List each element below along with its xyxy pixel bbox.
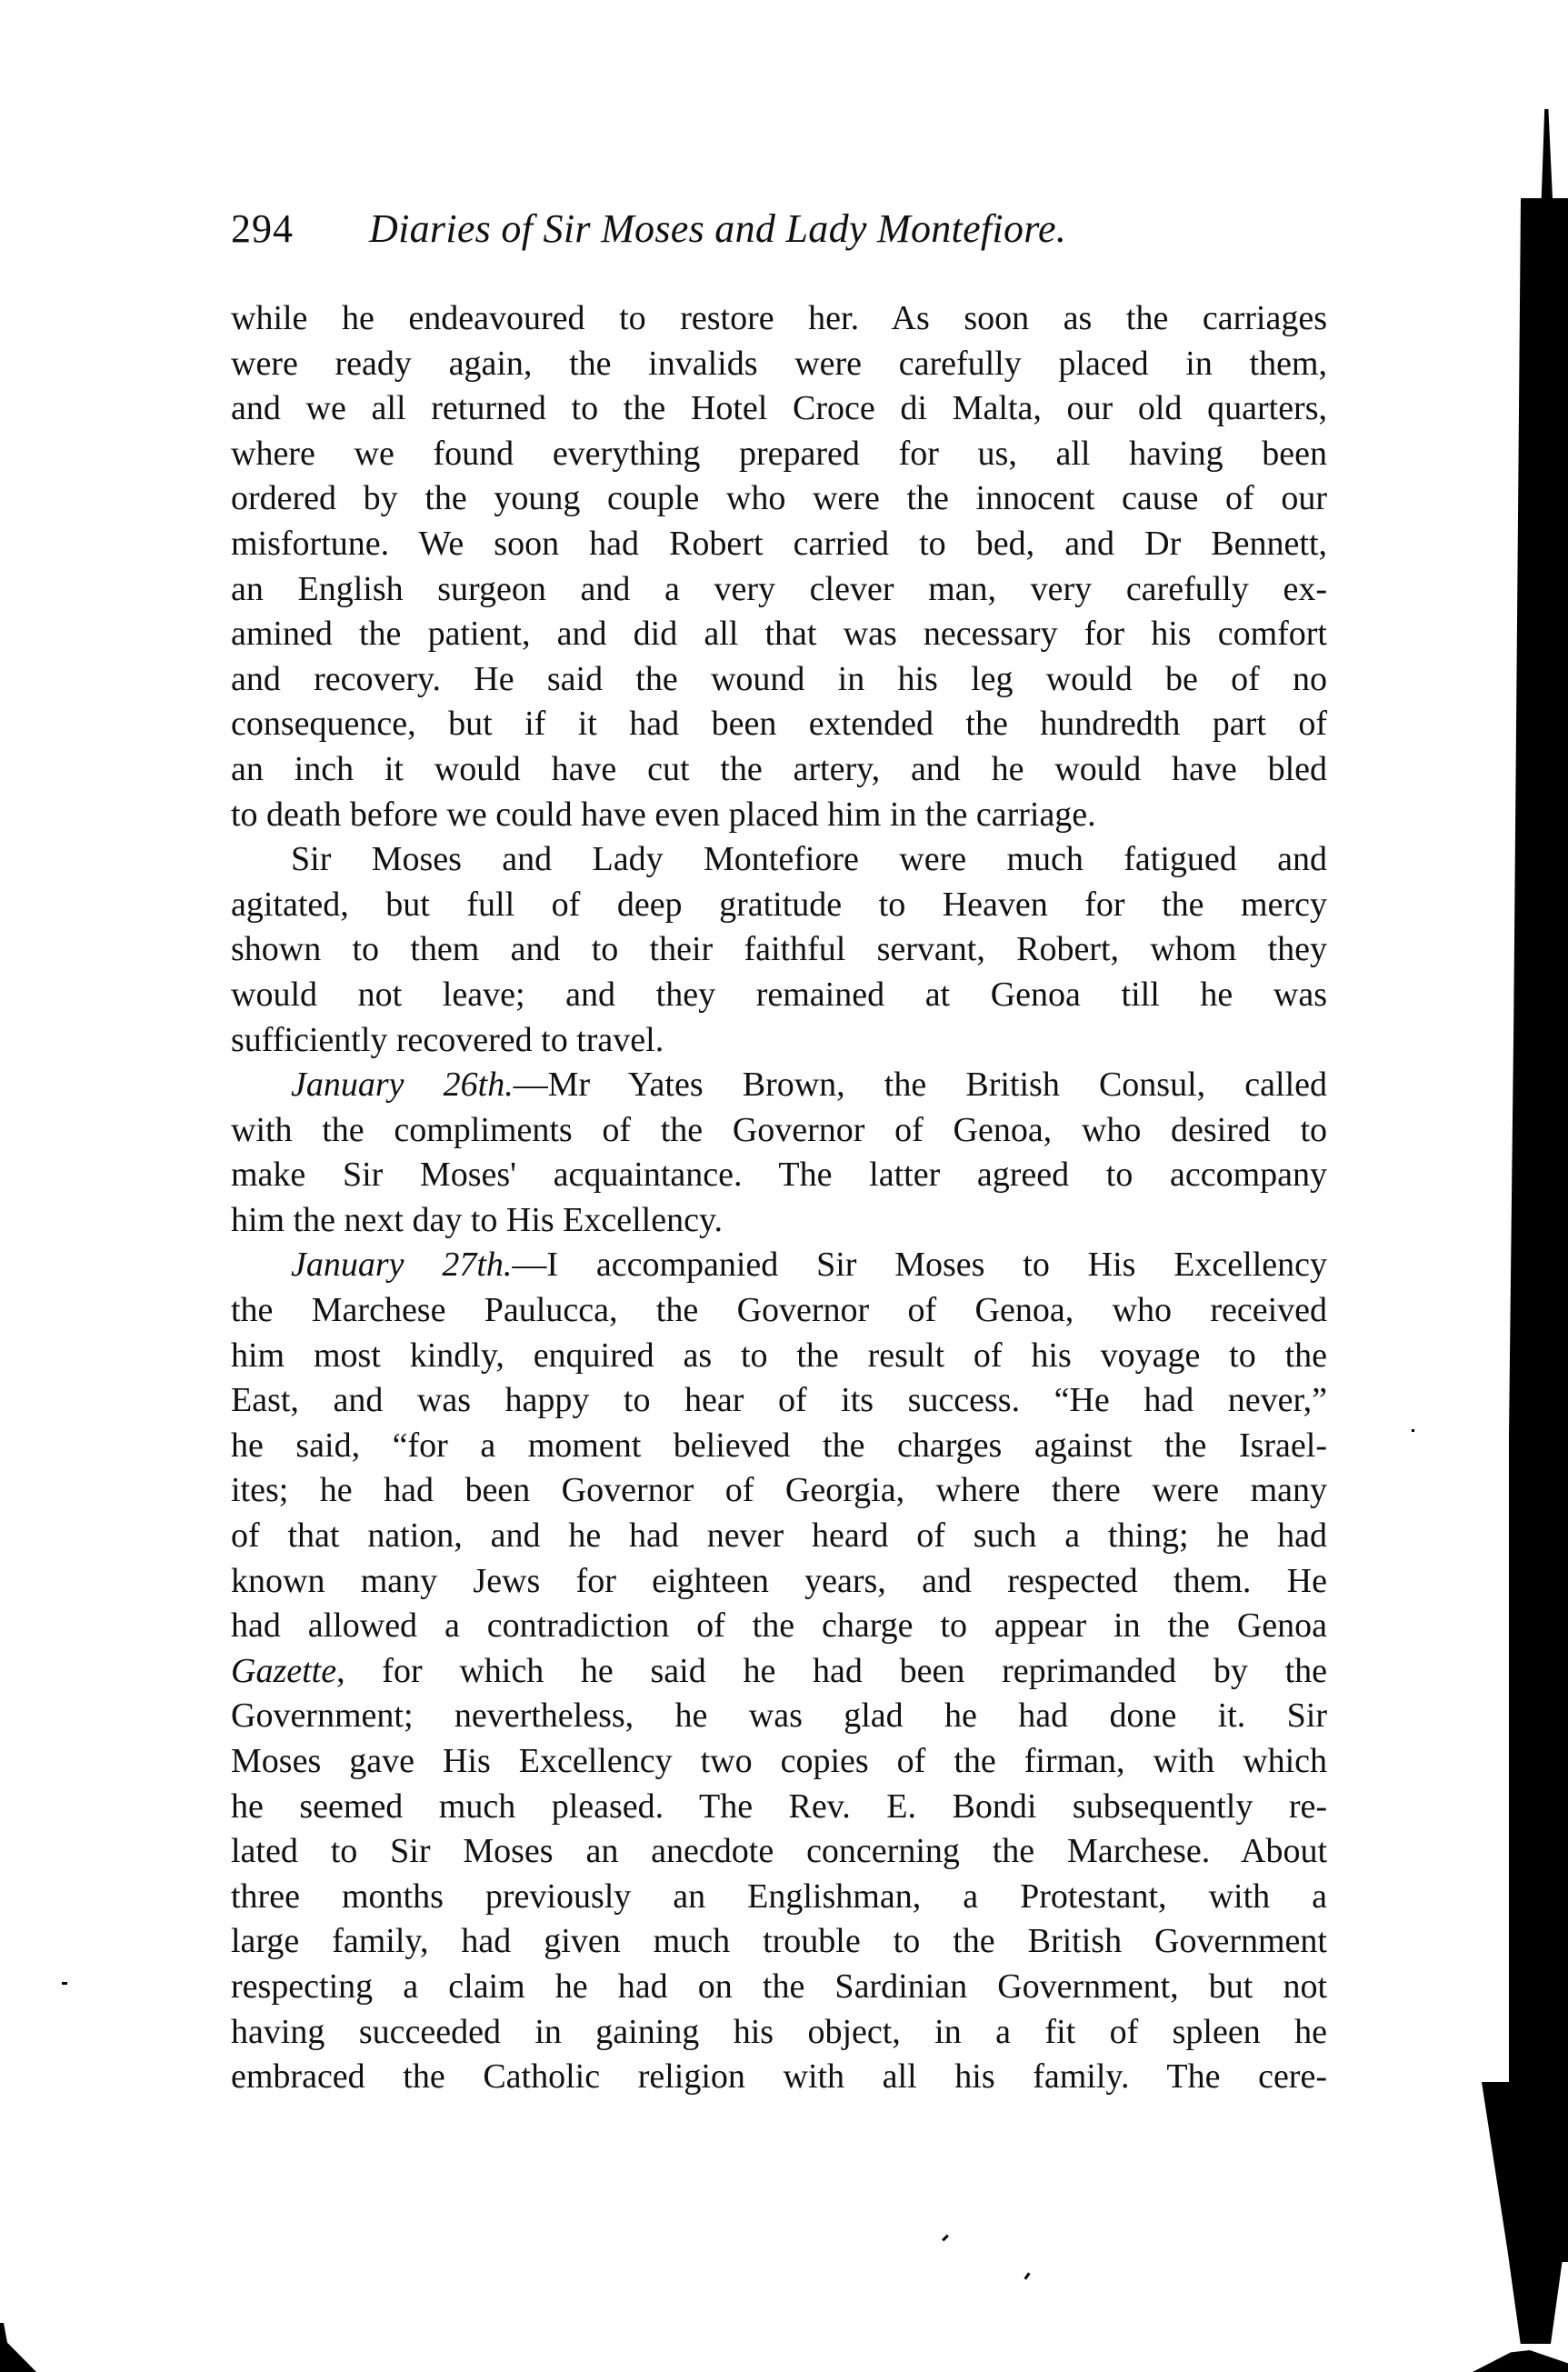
text-line: ordered by the young couple who were the…: [231, 476, 1327, 522]
text-line: had allowed a contradiction of the charg…: [231, 1604, 1327, 1649]
text-line: while he endeavoured to restore her. As …: [231, 296, 1327, 342]
text-line: lated to Sir Moses an anecdote concernin…: [231, 1829, 1327, 1875]
text-line: Government; nevertheless, he was glad he…: [231, 1694, 1327, 1739]
running-title: Diaries of Sir Moses and Lady Montefiore…: [369, 202, 1066, 256]
text-line: were ready again, the invalids were care…: [231, 342, 1327, 387]
page-number: 294: [231, 202, 294, 256]
text-line: an inch it would have cut the artery, an…: [231, 747, 1327, 793]
text-line: consequence, but if it had been extended…: [231, 702, 1327, 747]
diary-entry-jan-27: January 27th.—I accompanied Sir Moses to…: [231, 1243, 1327, 1288]
text-line: him most kindly, enquired as to the resu…: [231, 1334, 1327, 1379]
body-text: while he endeavoured to restore her. As …: [231, 296, 1327, 2100]
entry-date: January 26th.: [291, 1066, 514, 1104]
scan-binding-shadow-foot: [1482, 2082, 1568, 2372]
scan-binding-shadow-base: [1473, 2350, 1568, 2372]
diary-entry-jan-26: January 26th.—Mr Yates Brown, the Britis…: [231, 1063, 1327, 1108]
book-page: 294 Diaries of Sir Moses and Lady Montef…: [0, 0, 1568, 2372]
text-line: having succeeded in gaining his object, …: [231, 2010, 1327, 2056]
text-line: to death before we could have even place…: [231, 793, 1327, 838]
text-line: where we found everything prepared for u…: [231, 432, 1327, 477]
text-line: amined the patient, and did all that was…: [231, 612, 1327, 657]
scan-corner-shadow: [0, 2323, 36, 2372]
text-line: of that nation, and he had never heard o…: [231, 1514, 1327, 1559]
entry-date: January 27th.: [291, 1246, 512, 1284]
newspaper-title: Gazette: [231, 1652, 336, 1690]
text-line: and recovery. He said the wound in his l…: [231, 657, 1327, 703]
text-line: he said, “for a moment believed the char…: [231, 1424, 1327, 1469]
text-line: would not leave; and they remained at Ge…: [231, 973, 1327, 1018]
entry-text: —I accompanied Sir Moses to His Excellen…: [512, 1246, 1327, 1284]
text-line: ites; he had been Governor of Georgia, w…: [231, 1468, 1327, 1514]
text-line: and we all returned to the Hotel Croce d…: [231, 386, 1327, 432]
page-header: 294 Diaries of Sir Moses and Lady Montef…: [231, 202, 1331, 256]
text-line: large family, had given much trouble to …: [231, 1919, 1327, 1965]
scan-binding-shadow: [1509, 198, 1568, 2262]
text-line: East, and was happy to hear of its succe…: [231, 1378, 1327, 1424]
text-line: misfortune. We soon had Robert carried t…: [231, 522, 1327, 567]
text-line: respecting a claim he had on the Sardini…: [231, 1965, 1327, 2010]
text-line: the Marchese Paulucca, the Governor of G…: [231, 1288, 1327, 1334]
text-line: shown to them and to their faithful serv…: [231, 927, 1327, 973]
text-line: Moses gave His Excellency two copies of …: [231, 1739, 1327, 1785]
scan-speck: [1024, 2272, 1030, 2279]
text-line: embraced the Catholic religion with all …: [231, 2055, 1327, 2100]
text-line: him the next day to His Excellency.: [231, 1198, 1327, 1244]
text-line: known many Jews for eighteen years, and …: [231, 1559, 1327, 1605]
text-line: sufficiently recovered to travel.: [231, 1018, 1327, 1064]
entry-text: —Mr Yates Brown, the British Consul, cal…: [514, 1066, 1327, 1104]
paragraph-start: Sir Moses and Lady Montefiore were much …: [231, 837, 1327, 883]
text-line: agitated, but full of deep gratitude to …: [231, 883, 1327, 928]
text-line: with the compliments of the Governor of …: [231, 1108, 1327, 1154]
scan-speck: [1412, 1429, 1414, 1432]
text-line: Gazette, for which he said he had been r…: [231, 1649, 1327, 1695]
scan-speck: [942, 2235, 949, 2242]
text-line: three months previously an Englishman, a…: [231, 1875, 1327, 1920]
text-line: an English surgeon and a very clever man…: [231, 567, 1327, 613]
scan-speck: [62, 1982, 67, 1985]
text-line: he seemed much pleased. The Rev. E. Bond…: [231, 1785, 1327, 1830]
text-line: make Sir Moses' acquaintance. The latter…: [231, 1153, 1327, 1198]
